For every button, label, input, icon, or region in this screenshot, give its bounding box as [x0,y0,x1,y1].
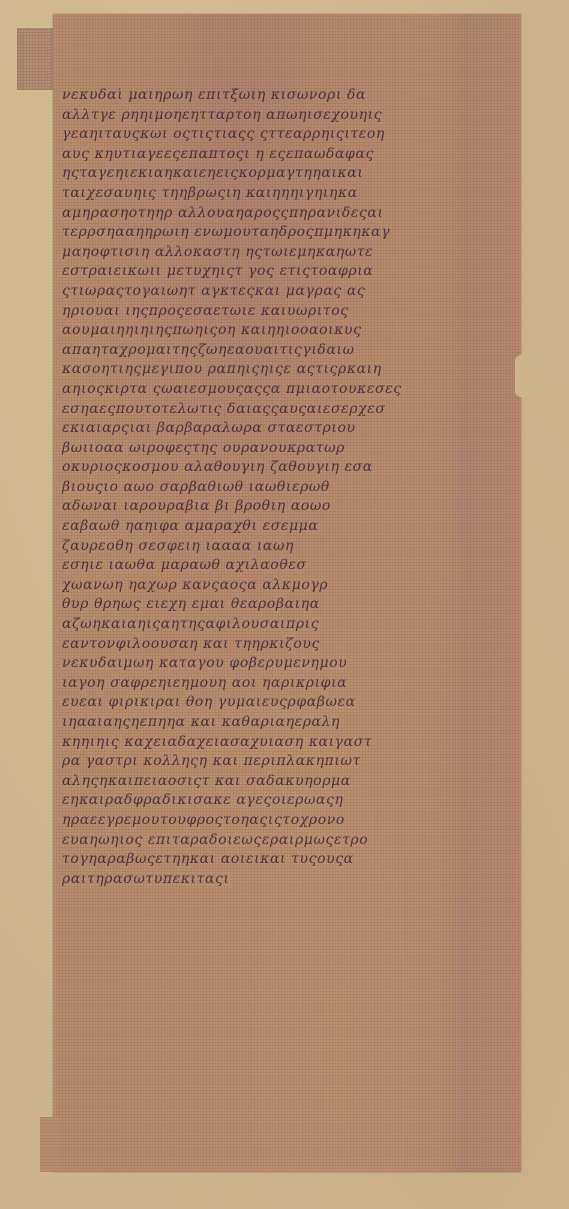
text-line: αλλτγε ρηηιμοηεητταρτοη απωηισεχουηις [62,106,482,126]
text-line: εηκαιραδφραδικισακε αγεςοιερωαςη [62,791,482,811]
text-line: εστραιεικωιι μετυχηιςτ γος ετιςτοαφρια [62,262,482,282]
text-line: εαβαωθ ηαηιφα αμαραχθι εσεμμα [62,517,482,537]
text-line: απαηταχρομαιτηςζωηεαουαιτιςγιδαιω [62,341,482,361]
text-line: ρα γαστρι κολληςη και περιπλακηπιωτ [62,752,482,772]
papyrus-fragment-top-left-tab [17,28,57,90]
text-line: ηραεεγρεμουτουφροςτοηαςιςτοχρονο [62,811,482,831]
text-line: εσηαεςπουτοτελωτις δαιαςςαυςαιεσερχεσ [62,400,482,420]
text-line: μαηοφτισιη αλλοκαστη ηςτωιεμηκαηωτε [62,243,482,263]
text-line: θυρ θρηως ειεχη εμαι θεαροβαιηα [62,595,482,615]
text-line: εσηιε ιαωθα μαραωθ αχιλαοθεσ [62,556,482,576]
mount-background: νεκυδαι̇ μαιηρωη επιτξωιη κισωνορι δα αλ… [0,0,569,1209]
papyrus-edge-notch [515,355,525,397]
text-line: νεκυδαιμωη καταγου φοβερυμενημου [62,654,482,674]
text-line: αυς κηυτιαγεεςεπαπτοςι η εςεπαωδαφας [62,145,482,165]
text-line: ςτιωραςτογαιωητ αγκτεςκαι μαγρας ας [62,282,482,302]
text-line: οκυριοςκοσμου αλαθουγιη ζαθουγιη εσα [62,458,482,478]
text-line: αμηρασηοτηηρ αλλουαηαροςςπηρανιδεςαι [62,204,482,224]
text-line: εκιαιαρςιαι βαρβαραλωρα σταεστριου [62,419,482,439]
text-line: τερρσηααηηρωιη ενωμουταηδροςπμηκηκαγ [62,223,482,243]
text-line: ιαγοη σαφρεηιεημουη αοι ηαρικριφια [62,674,482,694]
text-line: γεαηιταυςκωι οςτιςτιαςς ςττεαρρηιςιτεοη [62,125,482,145]
text-line: τογηαραβωςετηηκαι αοιεικαι τυςουςα [62,850,482,870]
text-line: αουμαιηηιηιηςπωηιςοη καιηηιοοαοικυς [62,321,482,341]
text-line: αληςηκαιπειαοσιςτ και σαδακυηορμα [62,772,482,792]
text-line: ιηααιαηςηεπηηα και καθαριαηεραλη [62,713,482,733]
text-line: κηηιηις καχειαδαχειασαχυιαση καιγαστ [62,733,482,753]
text-line: ευεαι φιρικιραι θοη γυμαιευςρφαβωεα [62,693,482,713]
text-line: ηριουαι ιηςπροςεσαετωιε καιυωριτος [62,302,482,322]
text-line: εαντονφιλοουσαη και τηηρκιζους [62,635,482,655]
text-line: αζωηκαιαηιςαητηςαφιλουσαιπρις [62,615,482,635]
text-line: χωανωη ηαχωρ κανςαοςα αλκμογρ [62,576,482,596]
text-line: αηιοςκιρτα ςωαιεσμουςαςςα πμιαοτουκεσες [62,380,482,400]
text-line: νεκυδαι̇ μαιηρωη επιτξωιη κισωνορι δα [62,86,482,106]
text-line: αδωναι ιαρουραβια βι βροθιη αοωο [62,497,482,517]
text-line: ραιτηρασωτυπεκιταςι [62,870,482,890]
text-line: ηςταγεηιεκιαηκαιεηειςκορμαγτηηαικαι [62,164,482,184]
text-line: κασοητιηςμεγιπου ραπηιςηιςε αςτιςρκαιη [62,360,482,380]
handwritten-text-column: νεκυδαι̇ μαιηρωη επιτξωιη κισωνορι δα αλ… [62,86,482,889]
text-line: βιουςιο αωο σαρβαθιωθ ιαωθιερωθ [62,478,482,498]
text-line: βωιιοαα ωιροφεςτης ουρανουκρατωρ [62,439,482,459]
text-line: ταιχεσαυηις τηηβρωςιη καιηηηιγηιηκα [62,184,482,204]
text-line: ζαυρεοθη σεσφειη ιαααα ιαωη [62,537,482,557]
text-line: ευαηωηιος επιταραδοιεωςεραιρμωςετρο [62,831,482,851]
papyrus-fragment-bottom-left-tab [40,1117,60,1172]
